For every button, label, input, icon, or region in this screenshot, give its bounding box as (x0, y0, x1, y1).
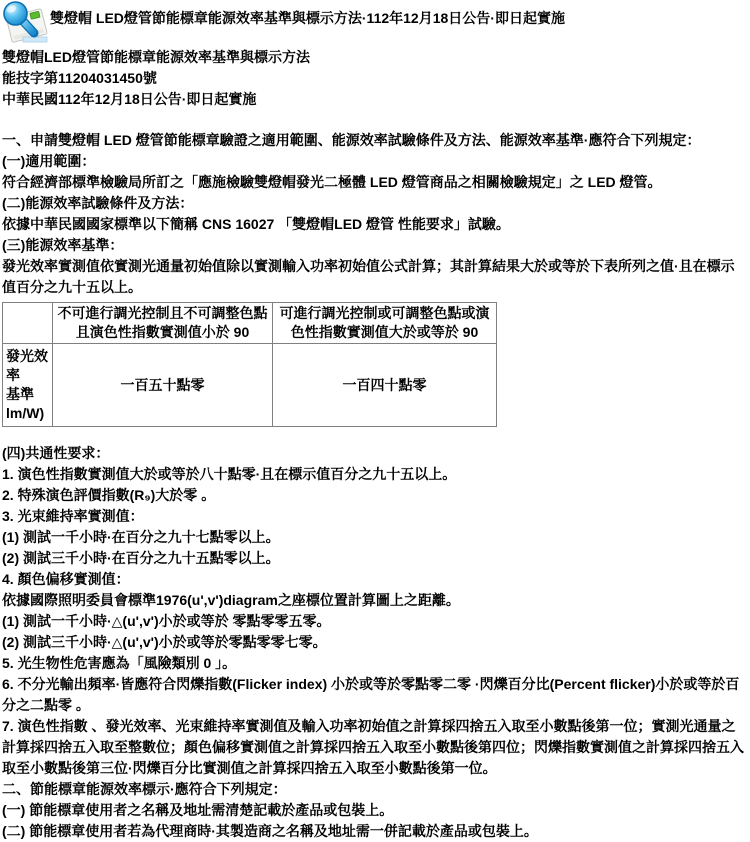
common-req-item: (2) 測試三千小時·△(u',v')小於或等於零點零零七零。 (2, 632, 748, 653)
efficiency-standard-table: 不可進行調光控制且不可調整色點且演色性指數實測值小於 90 可進行調光控制或可調… (2, 302, 497, 427)
document-number: 能技字第11204031450號 (2, 68, 748, 89)
page-title: 雙燈帽 LED燈管節能標章能源效率基準與標示方法·112年12月18日公告·即日… (2, 0, 748, 27)
clause-4-title: (四)共通性要求： (2, 443, 748, 464)
spacer (2, 110, 748, 130)
value-dimmable: 一百四十點零 (273, 344, 497, 427)
section-1-heading: 一、申請雙燈帽 LED 燈管節能標章驗證之適用範圍、能源效率試驗條件及方法、能源… (2, 130, 748, 151)
common-req-item: 4. 顏色偏移實測值： (2, 569, 748, 590)
common-req-item: 6. 不分光輸出頻率·皆應符合閃爍指數(Flicker index) 小於或等於… (2, 674, 748, 716)
clause-2-title: (二)能源效率試驗條件及方法： (2, 193, 748, 214)
clause-2-body: 依據中華民國國家標準以下簡稱 CNS 16027 「雙燈帽LED 燈管 性能要求… (2, 214, 748, 235)
table-data-row: 發光效率 基準 lm/W) 一百五十點零 一百四十點零 (3, 344, 497, 427)
table-header-dimmable: 可進行調光控制或可調整色點或演色性指數實測值大於或等於 90 (273, 303, 497, 344)
clause-4: (四)共通性要求： 1. 演色性指數實測值大於或等於八十點零·且在標示值百分之九… (2, 443, 748, 779)
section-1: 一、申請雙燈帽 LED 燈管節能標章驗證之適用範圍、能源效率試驗條件及方法、能源… (2, 130, 748, 298)
labeling-req-item: (一) 節能標章使用者之名稱及地址需清楚記載於產品或包裝上。 (2, 800, 748, 821)
common-req-item: (1) 測試一千小時·在百分之九十七點零以上。 (2, 527, 748, 548)
magnifier-document-icon (2, 0, 48, 46)
common-req-item: (1) 測試一千小時·△(u',v')小於或等於 零點零零五零。 (2, 611, 748, 632)
common-req-item: 2. 特殊演色評價指數(R₉)大於零 。 (2, 485, 748, 506)
labeling-req-item: (二) 節能標章使用者若為代理商時·其製造商之名稱及地址需一併記載於產品或包裝上… (2, 821, 748, 842)
intro-block: 雙燈帽LED燈管節能標章能源效率基準與標示方法 能技字第11204031450號… (2, 47, 748, 110)
clause-1-body: 符合經濟部標準檢驗局所訂之「應施檢驗雙燈帽發光二極體 LED 燈管商品之相關檢驗… (2, 172, 748, 193)
document-header: 雙燈帽 LED燈管節能標章能源效率基準與標示方法·112年12月18日公告·即日… (2, 0, 748, 46)
announcement-date: 中華民國112年12月18日公告·即日起實施 (2, 89, 748, 110)
table-corner-cell (3, 303, 53, 344)
clause-3-title: (三)能源效率基準： (2, 235, 748, 256)
row-label-line: 發光效率 (6, 347, 49, 385)
common-req-item: 3. 光束維持率實測值： (2, 506, 748, 527)
clause-3-body: 發光效率實測值依實測光通量初始值除以實測輸入功率初始值公式計算；其計算結果大於或… (2, 256, 748, 298)
section-2: 二、節能標章能源效率標示·應符合下列規定： (一) 節能標章使用者之名稱及地址需… (2, 779, 748, 842)
value-nondimmable: 一百五十點零 (53, 344, 273, 427)
common-req-item: 5. 光生物性危害應為「風險類別 0 」。 (2, 653, 748, 674)
section-2-heading: 二、節能標章能源效率標示·應符合下列規定： (2, 779, 748, 800)
table-header-row: 不可進行調光控制且不可調整色點且演色性指數實測值小於 90 可進行調光控制或可調… (3, 303, 497, 344)
table-header-nondimmable: 不可進行調光控制且不可調整色點且演色性指數實測值小於 90 (53, 303, 273, 344)
common-req-item: 依據國際照明委員會標準1976(u',v')diagram之座標位置計算圖上之距… (2, 590, 748, 611)
document-subject: 雙燈帽LED燈管節能標章能源效率基準與標示方法 (2, 47, 748, 68)
common-req-item: 1. 演色性指數實測值大於或等於八十點零·且在標示值百分之九十五以上。 (2, 464, 748, 485)
table-row-label: 發光效率 基準 lm/W) (3, 344, 53, 427)
document-page: 雙燈帽 LED燈管節能標章能源效率基準與標示方法·112年12月18日公告·即日… (0, 0, 750, 842)
common-req-item: 7. 演色性指數 、發光效率、光束維持率實測值及輸入功率初始值之計算採四捨五入取… (2, 716, 748, 779)
row-label-line: 基準 (6, 385, 49, 404)
common-req-item: (2) 測試三千小時·在百分之九十五點零以上。 (2, 548, 748, 569)
row-label-line: lm/W) (6, 404, 49, 423)
clause-1-title: (一)適用範圍： (2, 151, 748, 172)
